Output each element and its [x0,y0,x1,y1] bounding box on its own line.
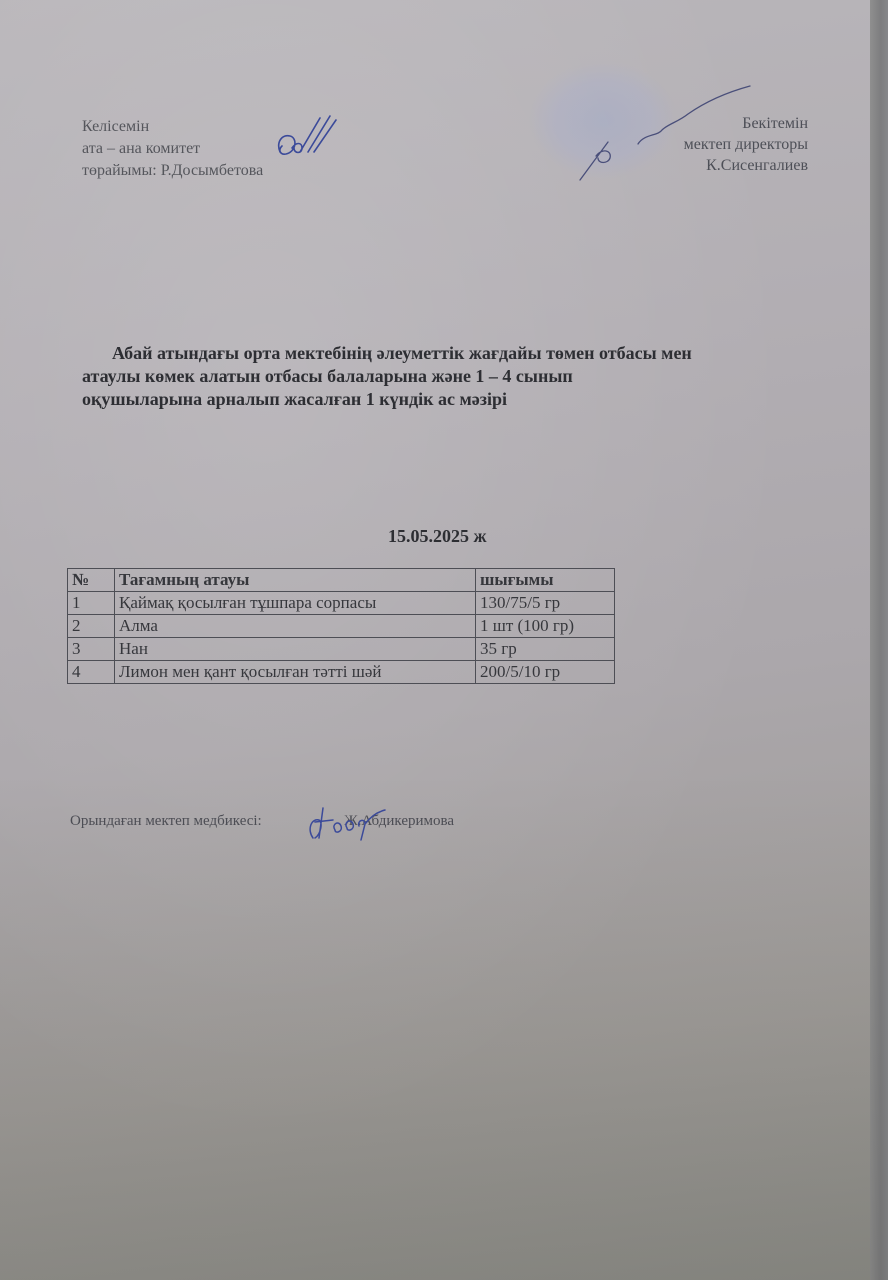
approval-director: Бекітемін мектеп директоры К.Сисенгалиев [684,113,808,176]
title-line-2: атаулы көмек алатын отбасы балаларына жә… [82,365,842,388]
approval-committee-line: ата – ана комитет [82,138,263,160]
nurse-signoff: Орындаған мектеп медбикесі: Ж.Абдикеримо… [70,813,454,830]
nurse-name: Ж.Абдикеримова [344,813,454,829]
table-header-row: № Тағамның атауы шығымы [68,569,615,592]
row-dish: Қаймақ қосылған тұшпара сорпасы [115,592,476,615]
table-row: 2 Алма 1 шт (100 гр) [68,615,615,638]
row-number: 3 [68,638,115,661]
approval-director-line: мектеп директоры [684,134,808,155]
row-portion: 200/5/10 гр [476,661,615,684]
row-dish: Лимон мен қант қосылған тәтті шәй [115,661,476,684]
header-number: № [68,569,115,592]
row-number: 1 [68,592,115,615]
document-title: Абай атындағы орта мектебінің әлеуметтік… [82,342,842,411]
page-edge-shadow [870,0,888,1280]
menu-table: № Тағамның атауы шығымы 1 Қаймақ қосылға… [67,568,615,684]
header-portion: шығымы [476,569,615,592]
committee-signature-icon [270,112,345,164]
document-date: 15.05.2025 ж [388,526,487,547]
row-number: 4 [68,661,115,684]
row-number: 2 [68,615,115,638]
nurse-label: Орындаған мектеп медбикесі: [70,813,262,829]
row-portion: 130/75/5 гр [476,592,615,615]
approval-committee: Келісемін ата – ана комитет төрайымы: Р.… [82,116,263,182]
approval-director-line: Бекітемін [684,113,808,134]
approval-director-line: К.Сисенгалиев [684,155,808,176]
approval-committee-line: Келісемін [82,116,263,138]
table-row: 4 Лимон мен қант қосылған тәтті шәй 200/… [68,661,615,684]
table-row: 1 Қаймақ қосылған тұшпара сорпасы 130/75… [68,592,615,615]
official-stamp [528,60,678,180]
row-portion: 1 шт (100 гр) [476,615,615,638]
title-line-3: оқушыларына арналып жасалған 1 күндік ас… [82,388,842,411]
title-line-1: Абай атындағы орта мектебінің әлеуметтік… [82,342,842,365]
row-portion: 35 гр [476,638,615,661]
row-dish: Нан [115,638,476,661]
header-dish-name: Тағамның атауы [115,569,476,592]
approval-committee-line: төрайымы: Р.Досымбетова [82,160,263,182]
row-dish: Алма [115,615,476,638]
table-row: 3 Нан 35 гр [68,638,615,661]
